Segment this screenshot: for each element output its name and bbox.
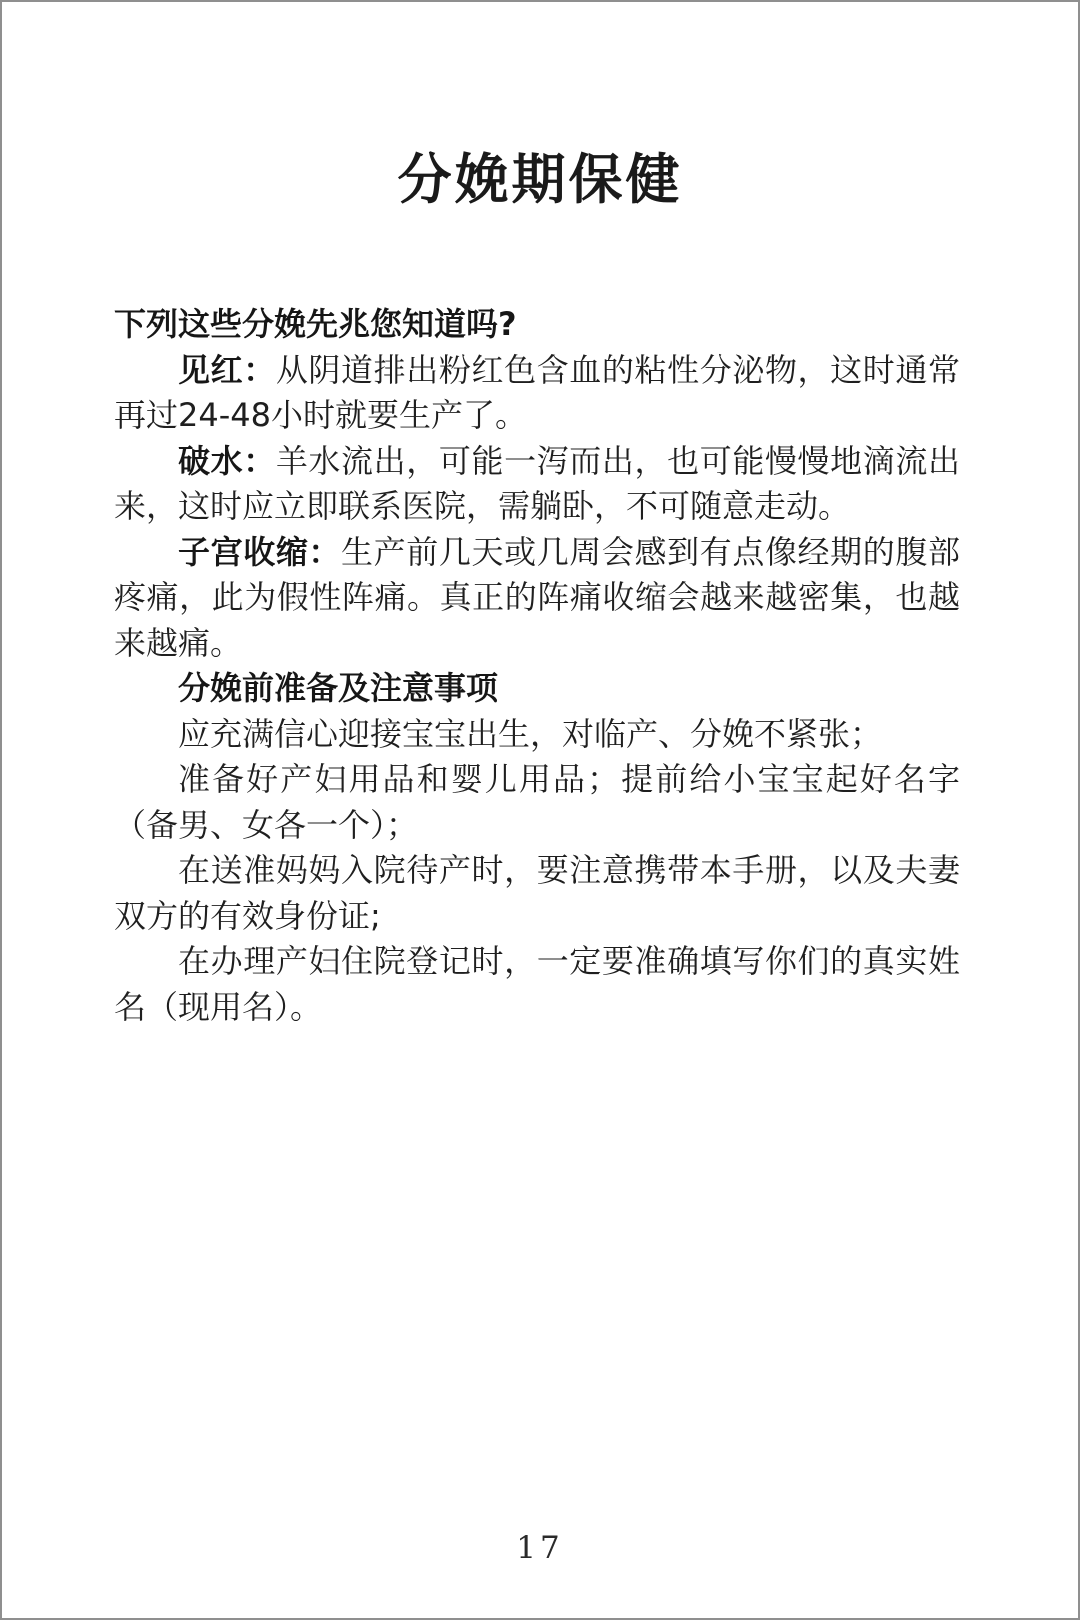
page-title: 分娩期保健 <box>2 150 1078 210</box>
document-page: 分娩期保健 下列这些分娩先兆您知道吗? 见红：从阴道排出粉红色含血的粘性分泌物，… <box>0 0 1080 1620</box>
note-confidence: 应充满信心迎接宝宝出生，对临产、分娩不紧张； <box>114 712 960 758</box>
paragraph-water-breaking: 破水：羊水流出，可能一泻而出，也可能慢慢地滴流出来，这时应立即联系医院，需躺卧，… <box>114 439 960 530</box>
note-registration: 在办理产妇住院登记时，一定要准确填写你们的真实姓名（现用名）。 <box>114 939 960 1030</box>
paragraph-contractions: 子宫收缩：生产前几天或几周会感到有点像经期的腹部疼痛，此为假性阵痛。真正的阵痛收… <box>114 530 960 667</box>
paragraph-bloody-show: 见红：从阴道排出粉红色含血的粘性分泌物，这时通常再过24-48小时就要生产了。 <box>114 348 960 439</box>
page-content: 下列这些分娩先兆您知道吗? 见红：从阴道排出粉红色含血的粘性分泌物，这时通常再过… <box>114 302 960 1030</box>
paragraph-label: 子宫收缩： <box>178 533 341 571</box>
paragraph-label: 破水： <box>178 442 276 480</box>
note-supplies: 准备好产妇用品和婴儿用品；提前给小宝宝起好名字（备男、女各一个）； <box>114 757 960 848</box>
sub-heading: 分娩前准备及注意事项 <box>114 666 960 712</box>
section-heading: 下列这些分娩先兆您知道吗? <box>114 302 960 348</box>
paragraph-label: 见红： <box>178 351 276 389</box>
page-number: 17 <box>2 1530 1078 1566</box>
note-hospital-admission: 在送准妈妈入院待产时，要注意携带本手册，以及夫妻双方的有效身份证; <box>114 848 960 939</box>
